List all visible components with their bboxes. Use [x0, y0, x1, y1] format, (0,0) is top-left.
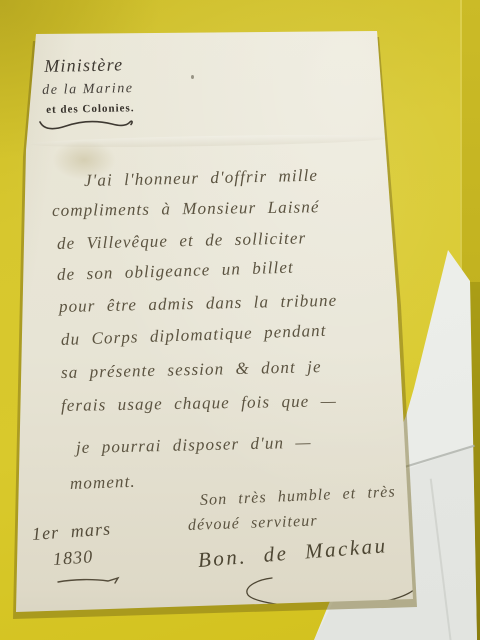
- signature: Bon. de Mackau: [197, 533, 388, 573]
- ink-speck: [191, 75, 194, 79]
- handwriting-line: compliments à Monsieur Laisné: [52, 197, 320, 221]
- paper-crease: [30, 133, 390, 149]
- handwriting-line: je pourrai disposer d'un —: [76, 433, 312, 458]
- handwriting-line: J'ai l'honneur d'offrir mille: [84, 166, 319, 191]
- date-flourish: [56, 574, 132, 588]
- date-line: 1er mars: [31, 518, 112, 544]
- photo-of-letter: Ministère de la Marine et des Colonies. …: [0, 0, 480, 640]
- letterhead-line-1: Ministère: [44, 54, 124, 77]
- closing-line: Son très humble et très: [200, 483, 397, 510]
- handwriting-line: pour être admis dans la tribune: [59, 291, 338, 317]
- handwriting-line: moment.: [70, 472, 136, 494]
- date-line: 1830: [52, 546, 94, 570]
- letterhead-line-2: de la Marine: [42, 81, 134, 99]
- handwriting-line: de Villevêque et de solliciter: [57, 228, 307, 254]
- handwriting-line: sa présente session & dont je: [61, 357, 322, 383]
- handwriting-line: ferais usage chaque fois que —: [61, 391, 337, 416]
- handwriting-line: du Corps diplomatique pendant: [61, 321, 327, 350]
- letterhead-line-3: et des Colonies.: [46, 102, 135, 116]
- letter-paper: Ministère de la Marine et des Colonies. …: [0, 0, 480, 640]
- closing-line: dévoué serviteur: [188, 512, 318, 535]
- yellow-sheet-edge-band: [460, 0, 480, 300]
- handwriting-line: de son obligeance un billet: [57, 258, 294, 285]
- letterhead-flourish: [38, 117, 134, 133]
